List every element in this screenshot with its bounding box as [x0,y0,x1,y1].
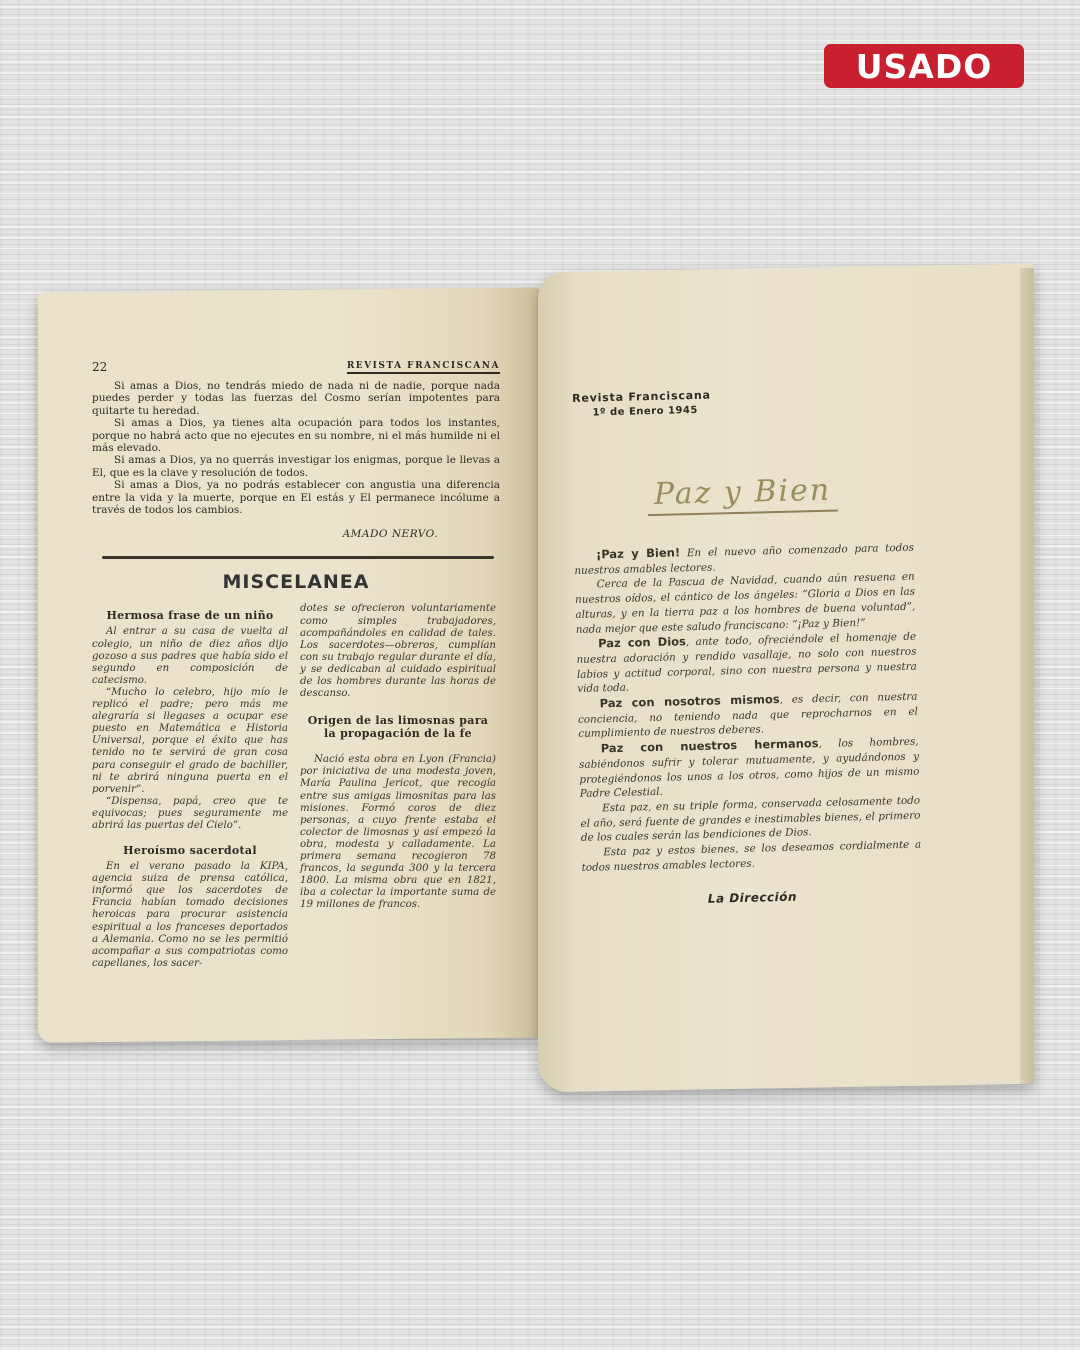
paragraph-text: Esta paz, en su triple forma, conservada… [580,795,920,845]
left-page-content: 22 REVISTA FRANCISCANA Si amas a Dios, n… [92,360,500,970]
article-heading: Hermosa frase de un niño [92,609,288,622]
article-paragraph: “Dispensa, papá, creo que te equivocas; … [92,796,288,832]
poem-stanza: Si amas a Dios, ya no querrás investigar… [92,454,500,479]
editorial-paragraph: Cerca de la Pascua de Navidad, cuando aú… [575,570,916,637]
article-paragraph: Nació esta obra en Lyon (Francia) por in… [300,754,496,911]
article-heading: Heroísmo sacerdotal [92,844,288,857]
running-head: 22 REVISTA FRANCISCANA [92,360,500,374]
section-divider [102,556,494,559]
paragraph-lead: ¡Paz y Bien! [596,545,680,561]
used-condition-badge: USADO [824,44,1024,88]
poem-author: AMADO NERVO. [92,528,438,540]
editorial-paragraph: Paz con Dios, ante todo, ofreciéndole el… [576,629,917,697]
paragraph-text: Cerca de la Pascua de Navidad, cuando aú… [575,571,916,635]
editorial-title-text: Paz y Bien [647,473,837,517]
article-paragraph: “Mucho lo celebro, hijo mío le replicó e… [92,687,288,796]
paragraph-text: Esta paz y estos bienes, se los deseamos… [581,839,921,874]
column-1: Hermosa frase de un niño Al entrar a su … [92,603,288,969]
editorial-body: ¡Paz y Bien! En el nuevo año comenzado p… [574,540,922,876]
poem-stanza: Si amas a Dios, ya no podrás establecer … [92,479,500,516]
right-page-content: Revista Franciscana 1º de Enero 1945 Paz… [570,384,923,910]
page-number: 22 [92,360,107,374]
poem-stanza: Si amas a Dios, ya tienes alta ocupación… [92,417,500,454]
poem-stanza: Si amas a Dios, no tendrás miedo de nada… [92,380,500,417]
article-paragraph: Al entrar a su casa de vuelta al colegio… [92,626,288,686]
poem: Si amas a Dios, no tendrás miedo de nada… [92,380,500,516]
page-stack-edge [1020,268,1034,1084]
paragraph-lead: Paz con Dios [598,634,686,650]
section-title: MISCELANEA [92,571,500,593]
editorial-title: Paz y Bien [572,471,913,514]
two-column-layout: Hermosa frase de un niño Al entrar a su … [92,603,500,969]
editorial-paragraph: Paz con nuestros hermanos, los hombres, … [579,734,920,802]
article-heading: Origen de las limosnas para la propagaci… [300,714,496,740]
column-2: dotes se ofrecieron voluntariamente como… [300,603,496,969]
paragraph-lead: Paz con nosotros mismos [599,692,779,710]
article-paragraph: En el verano pasado la KIPA, agencia sui… [92,861,288,970]
running-head-title: REVISTA FRANCISCANA [347,361,500,374]
article-paragraph: dotes se ofrecieron voluntariamente como… [300,603,496,700]
